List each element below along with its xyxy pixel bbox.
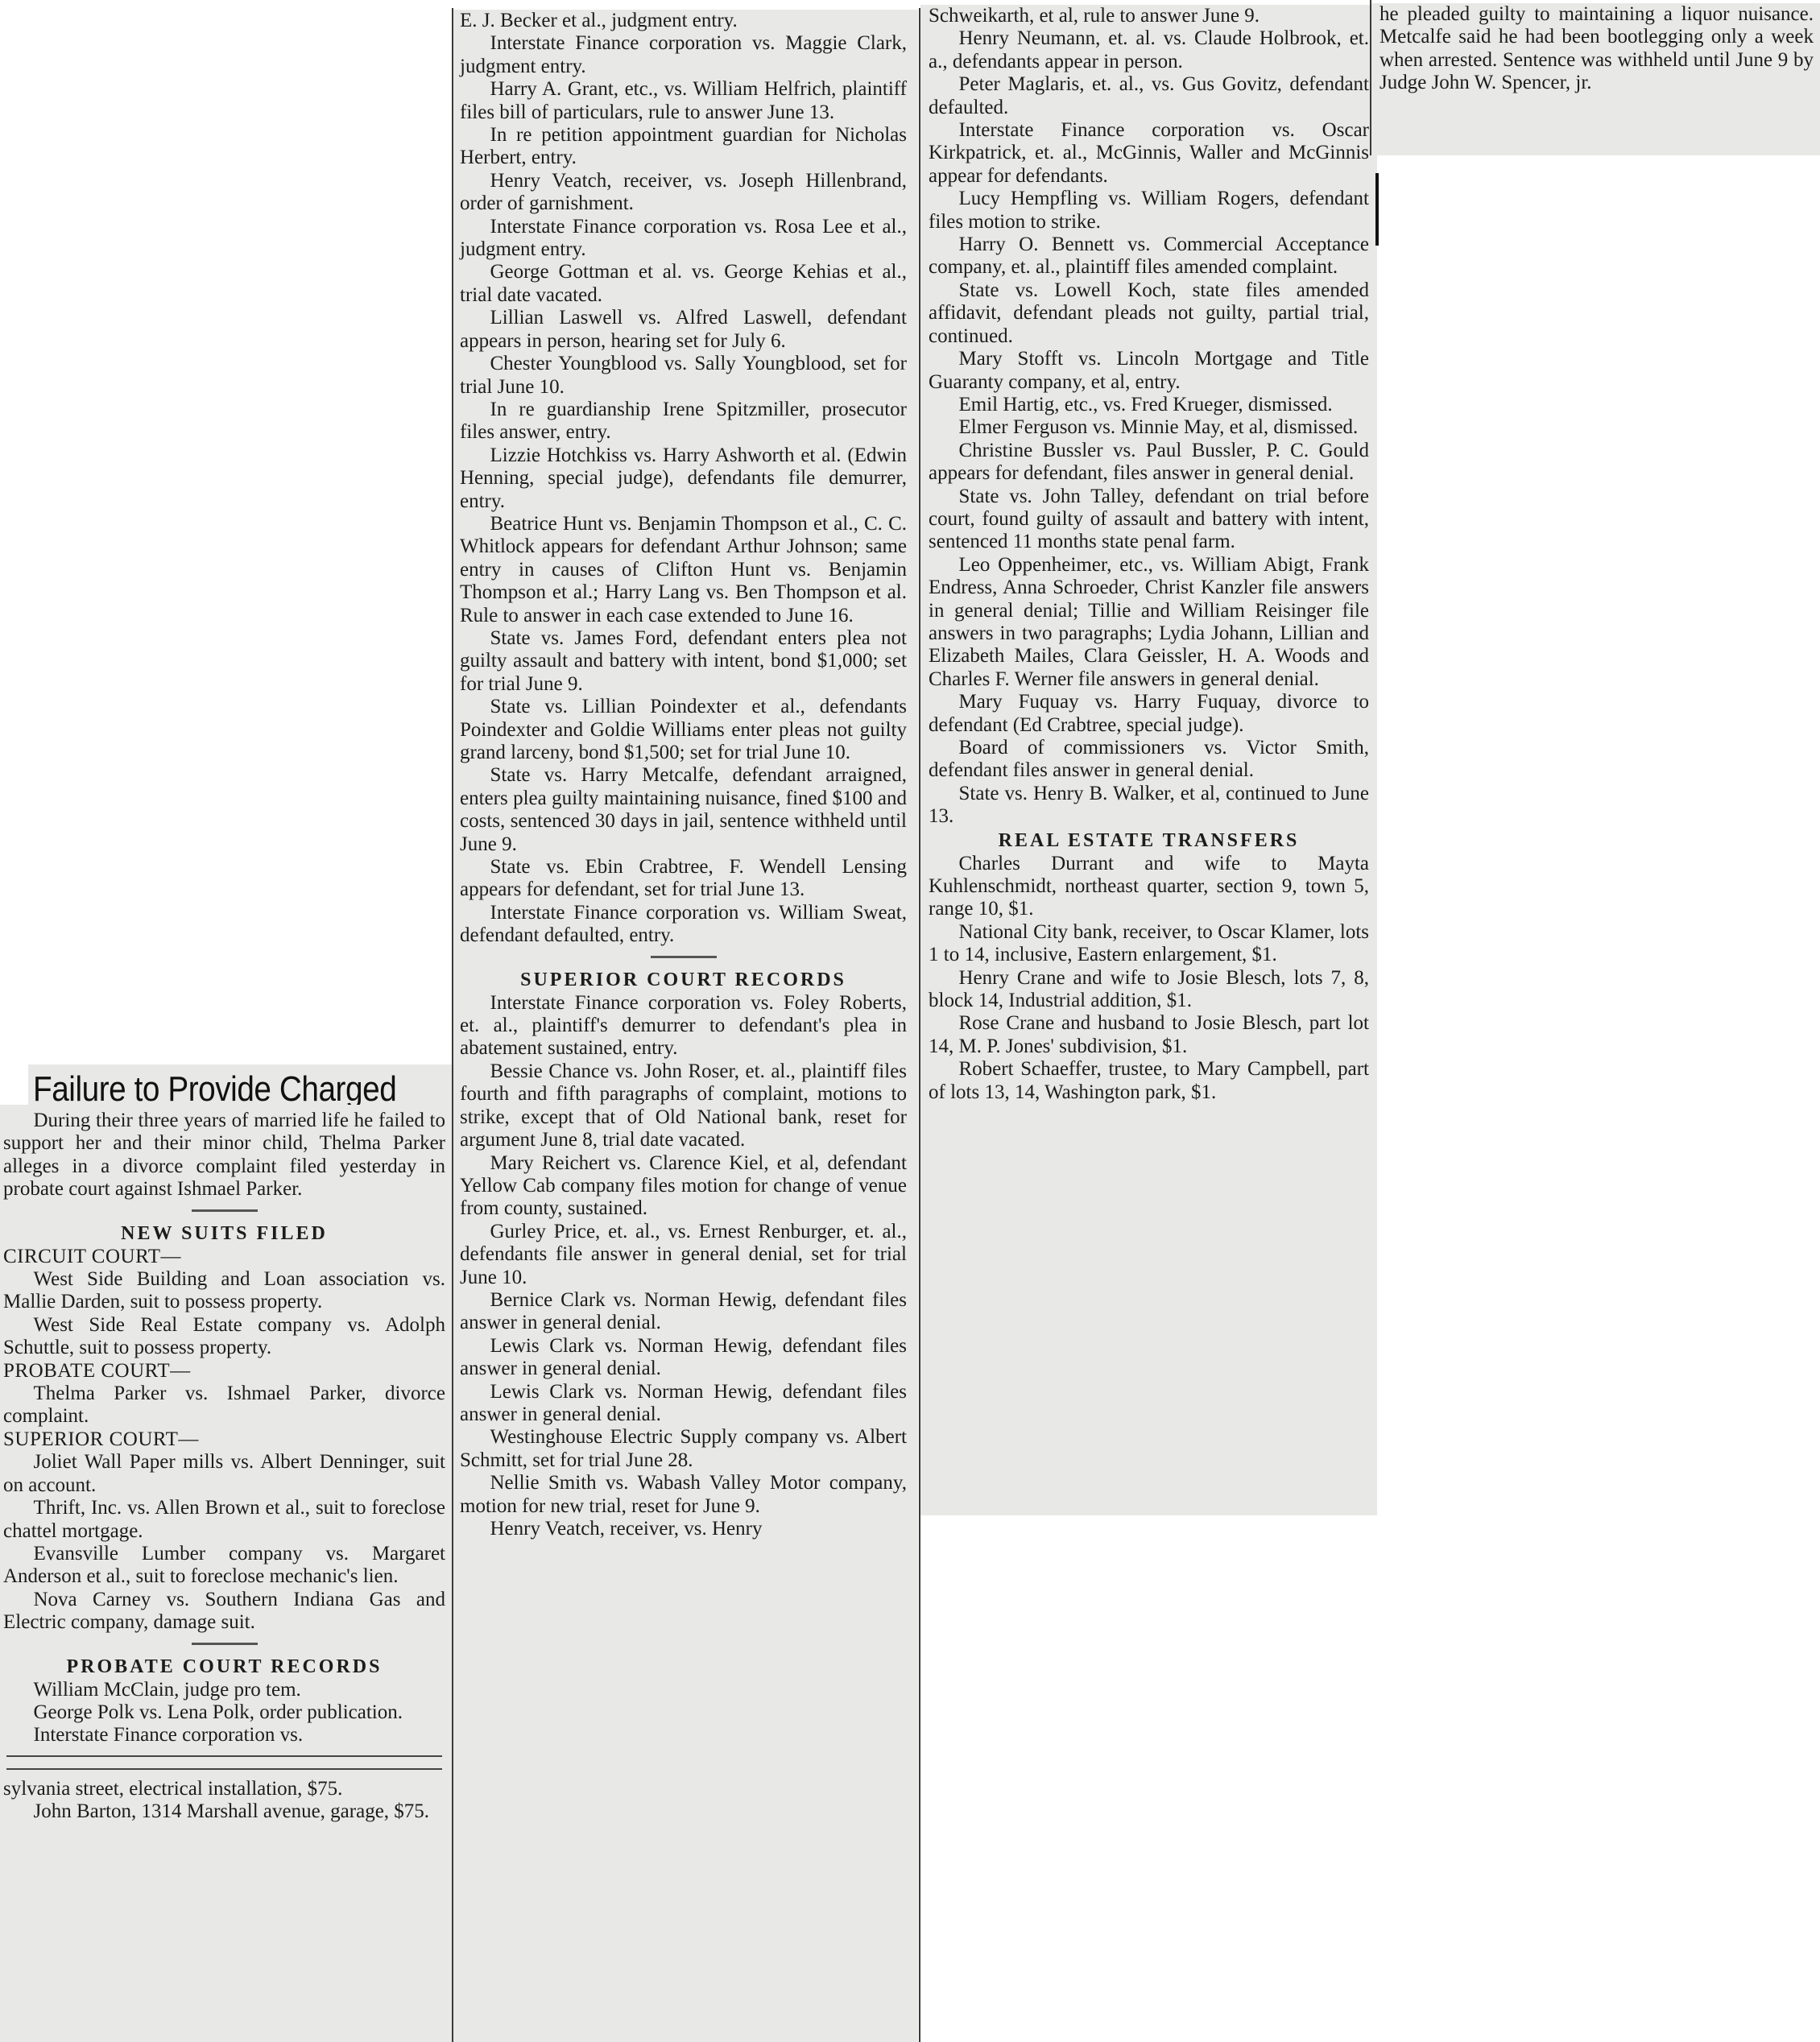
list-item: Nellie Smith vs. Wabash Valley Motor com…	[460, 1472, 907, 1518]
list-item: Lewis Clark vs. Norman Hewig, defendant …	[460, 1381, 907, 1427]
list-item: Charles Durrant and wife to Mayta Kuhlen…	[929, 853, 1369, 921]
list-item: Henry Neumann, et. al. vs. Claude Holbro…	[929, 27, 1369, 73]
list-item: Joliet Wall Paper mills vs. Albert Denni…	[3, 1451, 445, 1497]
article-intro: During their three years of married life…	[3, 1110, 445, 1201]
list-item: West Side Real Estate company vs. Adolph…	[3, 1314, 445, 1360]
list-item: State vs. Henry B. Walker, et al, contin…	[929, 783, 1369, 829]
list-item: State vs. Lillian Poindexter et al., def…	[460, 696, 907, 764]
list-item: Lewis Clark vs. Norman Hewig, defendant …	[460, 1335, 907, 1381]
list-item: Henry Veatch, receiver, vs. Henry	[460, 1518, 907, 1540]
section-rule	[651, 956, 717, 958]
list-item: Nova Carney vs. Southern Indiana Gas and…	[3, 1589, 445, 1635]
list-item: Bernice Clark vs. Norman Hewig, defendan…	[460, 1289, 907, 1335]
column-2: E. J. Becker et al., judgment entry. Int…	[453, 10, 918, 2042]
section-rule	[192, 1643, 258, 1645]
list-item: State vs. Lowell Koch, state files amend…	[929, 279, 1369, 348]
superior-records-heading: SUPERIOR COURT RECORDS	[460, 968, 907, 992]
circuit-court-label: CIRCUIT COURT—	[3, 1246, 445, 1268]
list-item: Harry A. Grant, etc., vs. William Helfri…	[460, 78, 907, 124]
section-rule	[192, 1209, 258, 1212]
column-3: Schweikarth, et al, rule to answer June …	[920, 5, 1377, 1515]
continued-text: E. J. Becker et al., judgment entry.	[460, 10, 907, 32]
column-4: he pleaded guilty to maintaining a liquo…	[1371, 3, 1820, 155]
list-item: Henry Veatch, receiver, vs. Joseph Hille…	[460, 170, 907, 216]
column-1: During their three years of married life…	[0, 1105, 452, 2042]
list-item: Interstate Finance corporation vs. Maggi…	[460, 32, 907, 78]
list-item: Mary Reichert vs. Clarence Kiel, et al, …	[460, 1152, 907, 1221]
list-item: Westinghouse Electric Supply company vs.…	[460, 1426, 907, 1472]
list-item: John Barton, 1314 Marshall avenue, garag…	[3, 1800, 445, 1823]
real-estate-heading: REAL ESTATE TRANSFERS	[929, 829, 1369, 853]
list-item: Bessie Chance vs. John Roser, et. al., p…	[460, 1060, 907, 1152]
list-item: State vs. Ebin Crabtree, F. Wendell Lens…	[460, 856, 907, 902]
list-item: In re petition appointment guardian for …	[460, 124, 907, 170]
list-item: Mary Fuquay vs. Harry Fuquay, divorce to…	[929, 691, 1369, 737]
list-item: Interstate Finance corporation vs. Rosa …	[460, 216, 907, 262]
list-item: Henry Crane and wife to Josie Blesch, lo…	[929, 967, 1369, 1013]
list-item: Board of commissioners vs. Victor Smith,…	[929, 737, 1369, 783]
scan-artifact-mark	[1375, 173, 1379, 246]
list-item: Christine Bussler vs. Paul Bussler, P. C…	[929, 440, 1369, 486]
list-item: Interstate Finance corporation vs.	[3, 1724, 445, 1746]
list-item: Leo Oppenheimer, etc., vs. William Abigt…	[929, 554, 1369, 691]
list-item: West Side Building and Loan association …	[3, 1268, 445, 1314]
list-item: Lillian Laswell vs. Alfred Laswell, defe…	[460, 307, 907, 353]
list-item: Chester Youngblood vs. Sally Youngblood,…	[460, 353, 907, 399]
list-item: Robert Schaeffer, trustee, to Mary Campb…	[929, 1058, 1369, 1104]
headline-block: Failure to Provide Charged	[28, 1064, 452, 1106]
list-item: State vs. John Talley, defendant on tria…	[929, 486, 1369, 554]
list-item: Interstate Finance corporation vs. Foley…	[460, 992, 907, 1060]
list-item: Beatrice Hunt vs. Benjamin Thompson et a…	[460, 513, 907, 627]
new-suits-heading: NEW SUITS FILED	[3, 1221, 445, 1246]
probate-court-label: PROBATE COURT—	[3, 1360, 445, 1383]
list-item: Lucy Hempfling vs. William Rogers, defen…	[929, 188, 1369, 234]
list-item: National City bank, receiver, to Oscar K…	[929, 921, 1369, 967]
list-item: Lizzie Hotchkiss vs. Harry Ashworth et a…	[460, 444, 907, 513]
list-item: Gurley Price, et. al., vs. Ernest Renbur…	[460, 1221, 907, 1289]
continued-text: Schweikarth, et al, rule to answer June …	[929, 5, 1369, 27]
list-item: Mary Stofft vs. Lincoln Mortgage and Tit…	[929, 348, 1369, 394]
probate-records-heading: PROBATE COURT RECORDS	[3, 1655, 445, 1679]
list-item: George Gottman et al. vs. George Kehias …	[460, 261, 907, 307]
list-item: Interstate Finance corporation vs. Willi…	[460, 902, 907, 948]
list-item: Emil Hartig, etc., vs. Fred Krueger, dis…	[929, 394, 1369, 416]
list-item: Evansville Lumber company vs. Margaret A…	[3, 1543, 445, 1589]
continued-text: he pleaded guilty to maintaining a liquo…	[1379, 3, 1814, 95]
list-item: In re guardianship Irene Spitzmiller, pr…	[460, 399, 907, 444]
superior-court-label: SUPERIOR COURT—	[3, 1428, 445, 1451]
list-item: State vs. Harry Metcalfe, defendant arra…	[460, 764, 907, 856]
list-item: Interstate Finance corporation vs. Oscar…	[929, 119, 1369, 188]
list-item: Peter Maglaris, et. al., vs. Gus Govitz,…	[929, 73, 1369, 119]
list-item: George Polk vs. Lena Polk, order publica…	[3, 1701, 445, 1724]
list-item: Elmer Ferguson vs. Minnie May, et al, di…	[929, 416, 1369, 439]
list-item: Thrift, Inc. vs. Allen Brown et al., sui…	[3, 1497, 445, 1543]
continued-text: sylvania street, electrical installation…	[3, 1778, 445, 1800]
clipping-cut-rule	[6, 1755, 442, 1770]
list-item: State vs. James Ford, defendant enters p…	[460, 627, 907, 696]
list-item: William McClain, judge pro tem.	[3, 1679, 445, 1701]
list-item: Thelma Parker vs. Ishmael Parker, divorc…	[3, 1383, 445, 1428]
list-item: Harry O. Bennett vs. Commercial Acceptan…	[929, 234, 1369, 279]
list-item: Rose Crane and husband to Josie Blesch, …	[929, 1012, 1369, 1058]
article-headline: Failure to Provide Charged	[33, 1069, 402, 1110]
